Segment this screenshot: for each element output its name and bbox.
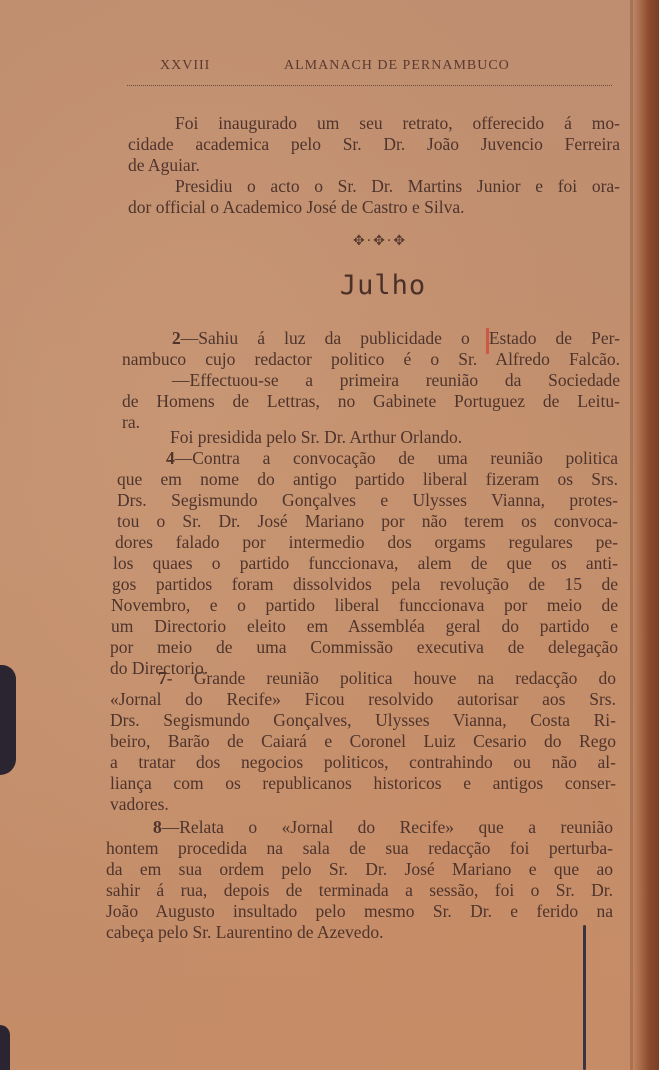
text-line: de Aguiar.: [128, 155, 620, 175]
book-spine: [631, 0, 659, 1070]
text-line: gos partidos foram dissolvidos pela revo…: [112, 574, 618, 594]
scanned-page: XXVIII ALMANACH DE PERNAMBUCO Foi inaugu…: [0, 0, 659, 1070]
text-line: tou o Sr. Dr. José Mariano por não terem…: [117, 511, 618, 531]
text-line: 2—Sahiu á luz da publicidade o Estado de…: [172, 328, 620, 348]
text-line: dor official o Academico José de Castro …: [128, 197, 620, 217]
text-line: 7- Grande reunião politica houve na reda…: [158, 668, 616, 688]
text-line: da em sua ordem pelo Sr. Dr. José Marian…: [106, 859, 613, 879]
text-line: Foi inaugurado um seu retrato, offerecid…: [175, 113, 620, 133]
text-line: vadores.: [110, 794, 616, 814]
decorative-ornament: ✥·✥·✥: [340, 233, 420, 249]
text-line: João Augusto insultado pelo mesmo Sr. Dr…: [106, 901, 613, 921]
text-line: Foi presidida pelo Sr. Dr. Arthur Orland…: [170, 427, 620, 447]
text-line: hontem procedida na sala de sua redacção…: [106, 838, 613, 858]
text-line: sahir á rua, depois de terminada a sessã…: [106, 880, 613, 900]
text-line: —Effectuou-se a primeira reunião da Soci…: [172, 370, 620, 390]
text-line: Drs. Segismundo Gonçalves, Ulysses Viann…: [110, 710, 616, 730]
text-line: 4—Contra a convocação de uma reunião pol…: [166, 448, 618, 468]
text-line: que em nome do antigo partido liberal fi…: [117, 469, 618, 489]
text-line: Drs. Segismundo Gonçalves e Ulysses Vian…: [117, 490, 618, 510]
text-line: «Jornal do Recife» Ficou resolvido autor…: [110, 689, 616, 709]
running-title: ALMANACH DE PERNAMBUCO: [284, 58, 510, 74]
page-crack: [583, 925, 586, 1070]
page-number: XXVIII: [160, 58, 210, 74]
text-line: nambuco cujo redactor politico é o Sr. A…: [122, 349, 620, 369]
entry-day-number: 2: [172, 328, 181, 348]
entry-day-number: 7: [158, 668, 167, 688]
text-line: dores falado por intermedio dos orgams r…: [115, 532, 618, 552]
text-line: cidade academica pelo Sr. Dr. João Juven…: [128, 134, 620, 154]
text-line: Novembro, e o partido liberal funccionav…: [111, 595, 618, 615]
entry-day-number: 4: [166, 448, 175, 468]
text-line: a tratar dos negocios politicos, contrah…: [110, 752, 616, 772]
page-tear-left-bottom: [0, 1025, 10, 1070]
text-line: um Directorio eleito em Assembléa geral …: [111, 616, 618, 636]
page-tear-left: [0, 665, 16, 775]
entry-day-number: 8: [153, 817, 162, 837]
text-line: los quaes o partido funccionava, alem de…: [113, 553, 618, 573]
text-line: beiro, Barão de Caiará e Coronel Luiz Ce…: [110, 731, 616, 751]
text-line: por meio de uma Commissão executiva de d…: [110, 637, 618, 657]
text-line: cabeça pelo Sr. Laurentino de Azevedo.: [106, 922, 613, 942]
header-dotted-rule: [127, 85, 612, 86]
month-heading: Julho: [318, 270, 448, 301]
text-line: 8—Relata o «Jornal do Recife» que a reun…: [153, 817, 613, 837]
text-line: liança com os republicanos historicos e …: [110, 773, 616, 793]
text-line: de Homens de Lettras, no Gabinete Portug…: [122, 391, 620, 411]
running-header: XXVIII ALMANACH DE PERNAMBUCO: [0, 58, 659, 80]
text-line: Presidiu o acto o Sr. Dr. Martins Junior…: [175, 176, 620, 196]
